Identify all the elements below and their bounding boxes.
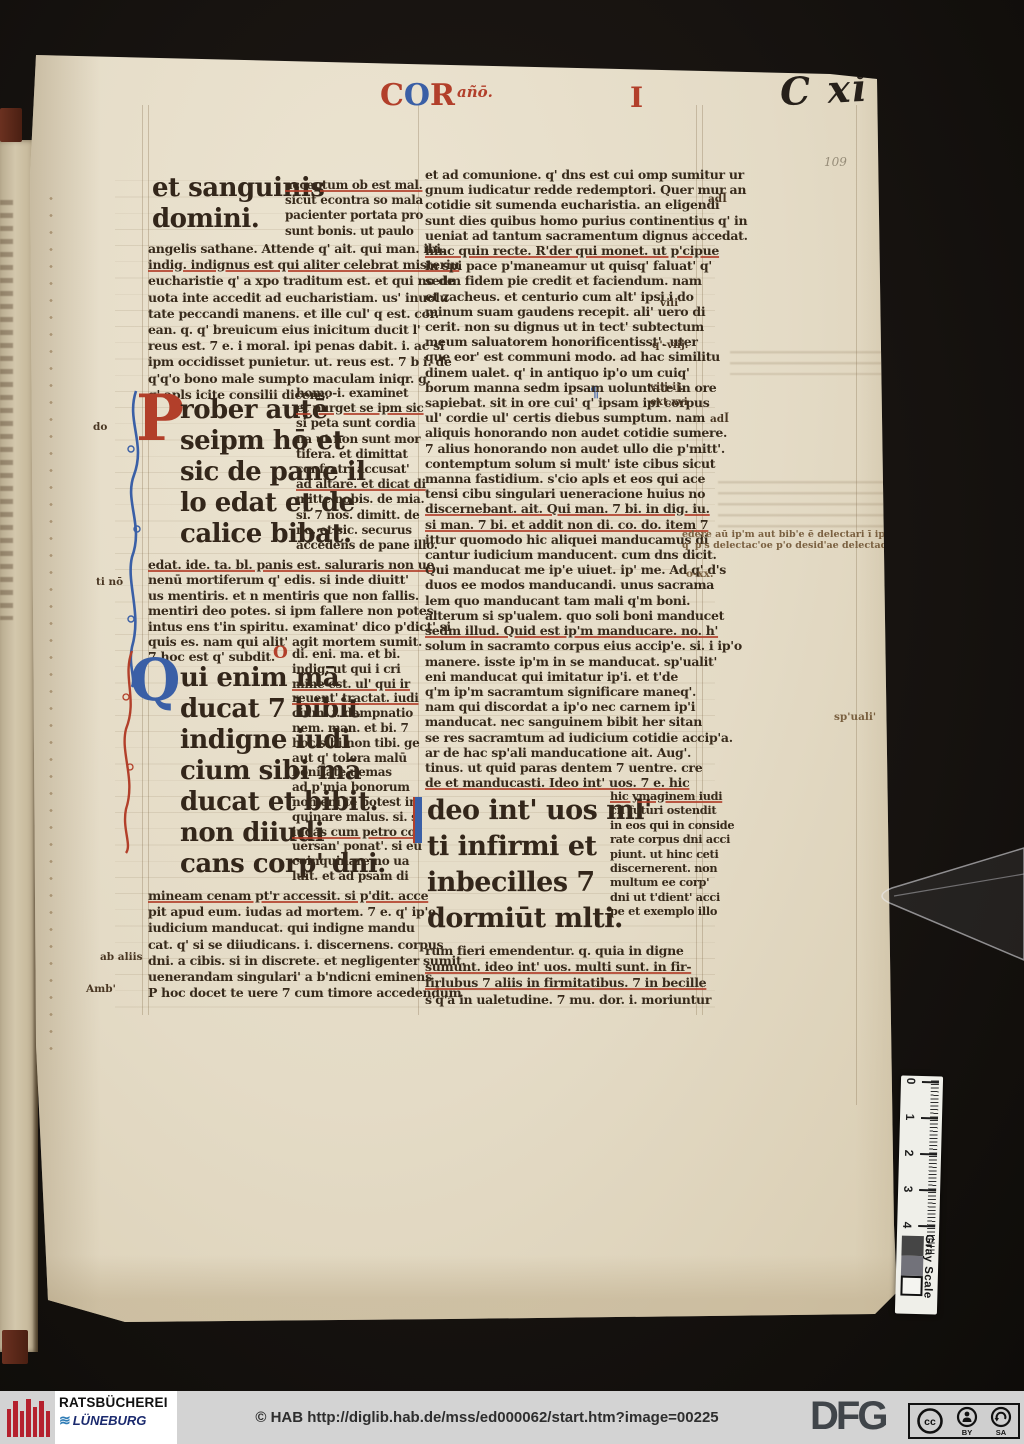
showthrough-smudge [718, 481, 896, 529]
cc-sa-arrow-icon [990, 1406, 1012, 1428]
book-cover-sliver-top [0, 108, 22, 142]
margin-note-cursive: edere aū ip'm aut bib'e ē delectari ī ip… [682, 529, 897, 551]
ruler-number: 1 [903, 1114, 917, 1128]
logo-text-line1: RATSBÜCHEREI [59, 1395, 175, 1410]
running-header: CORañō. [380, 78, 491, 113]
header-letter-o: O [404, 78, 430, 113]
chapter-mark: C xi [779, 65, 870, 115]
commentary-block-4: et ad comunione. q' dns est cui omp sumi… [425, 167, 701, 790]
ratsbuecherei-logo-icon [6, 1397, 52, 1439]
gray-patch-dark [901, 1236, 924, 1257]
ruler-tick-major [922, 1081, 939, 1083]
gloss-block-c: di. eni. ma. et bi.indig. ut qui i crimi… [292, 647, 418, 884]
margin-note-left: do [93, 421, 107, 433]
ruler-number: 4 [900, 1222, 914, 1236]
commentary-block-3: mineam cenam pt'r accessit. si p'dit. ac… [148, 888, 420, 1001]
header-suffix: añō. [457, 83, 493, 101]
grayscale-label: Gray Scale [921, 1234, 935, 1299]
ruler-ticks [926, 1080, 939, 1254]
ruler-number: 3 [901, 1186, 915, 1200]
photo-background: CORañō. I C xi 109 et sanguinisdomini. a… [0, 0, 1024, 1391]
gloss-block-b: homo-i. examinetet purget se ipm sicsi p… [296, 386, 418, 553]
initial-q: Q [130, 651, 181, 709]
book-cover-sliver-bottom [2, 1330, 28, 1364]
cc-icon: cc [916, 1407, 944, 1435]
header-letter-r: R [430, 78, 455, 113]
ruler-tick-major [920, 1153, 937, 1155]
cc-by-label: BY [962, 1429, 972, 1437]
ruler-number: 0 [904, 1078, 918, 1092]
margin-note-left: ab aliis [100, 951, 142, 963]
commentary-block-5: rum fieri emendentur. q. quia in dignesu… [425, 943, 703, 1008]
header-letter-c: C [380, 78, 404, 113]
margin-note: viii' [660, 297, 681, 309]
header-numeral: I [630, 81, 643, 114]
ruler-tick-major [918, 1225, 935, 1227]
ruler-number: 2 [902, 1150, 916, 1164]
gloss-block-a: acceptum ob est mal.sicut econtra so mal… [285, 178, 415, 239]
credit-url-text: © HAB http://diglib.hab.de/mss/ed000062/… [200, 1391, 774, 1444]
footer-bar: RATSBÜCHEREI ≋LÜNEBURG © HAB http://digl… [0, 1391, 1024, 1444]
svg-text:cc: cc [924, 1416, 936, 1428]
initial-o-red: O [273, 645, 288, 662]
cc-sa-label: SA [996, 1429, 1006, 1437]
waves-icon: ≋ [59, 1412, 71, 1428]
grayscale-calibration-bar: 0 1 2 3 4 Gray Scale [895, 1075, 943, 1314]
previous-page-text-edge [0, 200, 13, 620]
cc-by-person-icon [956, 1406, 978, 1428]
ruler-tick-major [919, 1189, 936, 1191]
page-holder-clip [852, 838, 1024, 968]
margin-note: q'-viij. [652, 339, 688, 351]
margin-note: o-xx. [686, 568, 714, 580]
initial-p: P [136, 387, 184, 451]
margin-note: sp'uali' [834, 711, 876, 723]
margin-note: adꟾ [710, 413, 729, 425]
margin-note: ext.xvi [650, 396, 688, 408]
ruler-tick-major [921, 1117, 938, 1119]
folio-number-pencil: 109 [824, 155, 847, 169]
gray-patch-white [900, 1276, 923, 1297]
ratsbuecherei-logo: RATSBÜCHEREI ≋LÜNEBURG [55, 1391, 177, 1444]
gray-patch-mid [901, 1256, 924, 1277]
gloss-block-d: hic ymaginem iudicii futuri ostenditin e… [610, 789, 704, 919]
margin-note: viij-ij. [650, 381, 684, 393]
margin-note-left: Amb' [86, 983, 116, 995]
manuscript-page: CORañō. I C xi 109 et sanguinisdomini. a… [30, 45, 900, 1325]
margin-note-left: ti nō [96, 576, 123, 588]
scan-viewer: CORañō. I C xi 109 et sanguinisdomini. a… [0, 0, 1024, 1444]
logo-lueneburg-text: LÜNEBURG [73, 1413, 147, 1428]
pricking-holes [48, 190, 54, 1060]
initial-i-bar [413, 797, 422, 843]
cc-by-sa-badge: cc BY SA [908, 1403, 1020, 1439]
logo-text-line2: ≋LÜNEBURG [59, 1412, 175, 1429]
showthrough-smudge [730, 351, 885, 375]
margin-note: adꟾ [708, 193, 727, 205]
commentary-block-1: angelis sathane. Attende q' ait. qui man… [148, 241, 416, 403]
dfg-logo: DFG [810, 1394, 885, 1439]
